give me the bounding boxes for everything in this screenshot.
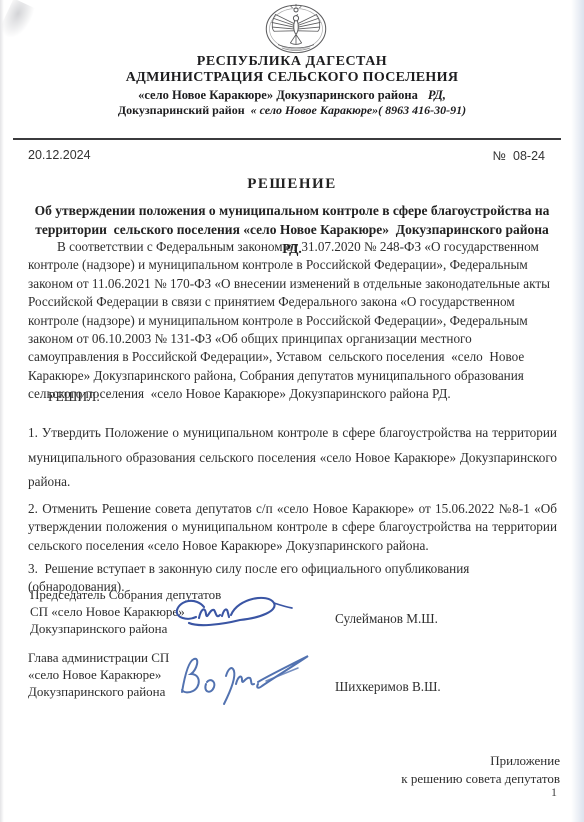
appendix-note: Приложение к решению совета депутатов [401,752,560,788]
preamble-paragraph: В соответствии с Федеральным законом от … [28,238,556,404]
autograph-head-icon [170,648,325,710]
appendix-line-1: Приложение [401,752,560,770]
coat-of-arms-icon [250,2,342,54]
org-republic-line: РЕСПУБЛИКА ДАГЕСТАН [0,54,584,70]
signatory-name-chairman: Сулейманов М.Ш. [335,611,438,627]
document-number: № 08-24 [493,149,545,163]
org-administration-line: АДМИНИСТРАЦИЯ СЕЛЬСКОГО ПОСЕЛЕНИЯ [0,70,584,86]
document-type-title: РЕШЕНИЕ [0,176,584,193]
resolution-item-2: 2. Отменить Решение совета депутатов с/п… [28,500,557,555]
org-settlement-line: «село Новое Каракюре» Докузпаринского ра… [0,88,584,103]
scan-smudge [0,0,37,46]
page-number: 1 [551,785,557,800]
appendix-line-2: к решению совета депутатов [401,770,560,788]
document-date: 20.12.2024 [28,148,91,162]
signatory-title-head: Глава администрации СП «село Новое Карак… [28,649,169,700]
letterhead: РЕСПУБЛИКА ДАГЕСТАН АДМИНИСТРАЦИЯ СЕЛЬСК… [0,54,584,118]
org-settlement-line-suffix: РД, [428,88,446,102]
resolution-item-1: 1. Утвердить Положение о муниципальном к… [28,421,557,495]
document-page: РЕСПУБЛИКА ДАГЕСТАН АДМИНИСТРАЦИЯ СЕЛЬСК… [0,0,584,822]
signatory-name-head: Шихкеримов В.Ш. [335,679,441,695]
signatory-title-line: Глава администрации СП [28,649,169,666]
signatory-title-line: Докузпаринского района [28,683,169,700]
header-divider [13,138,561,140]
scan-edge-left [0,0,4,822]
scan-edge-right [571,0,584,822]
org-contact-line: Докузпаринский район« село Новое Каракюр… [0,103,584,118]
resolved-label: РЕШИЛ: [48,389,100,405]
org-contact-phone: « село Новое Каракюре»( 8963 416-30-91) [251,103,467,117]
autograph-chairman-icon [168,591,303,643]
signatory-title-line: «село Новое Каракюре» [28,666,169,683]
